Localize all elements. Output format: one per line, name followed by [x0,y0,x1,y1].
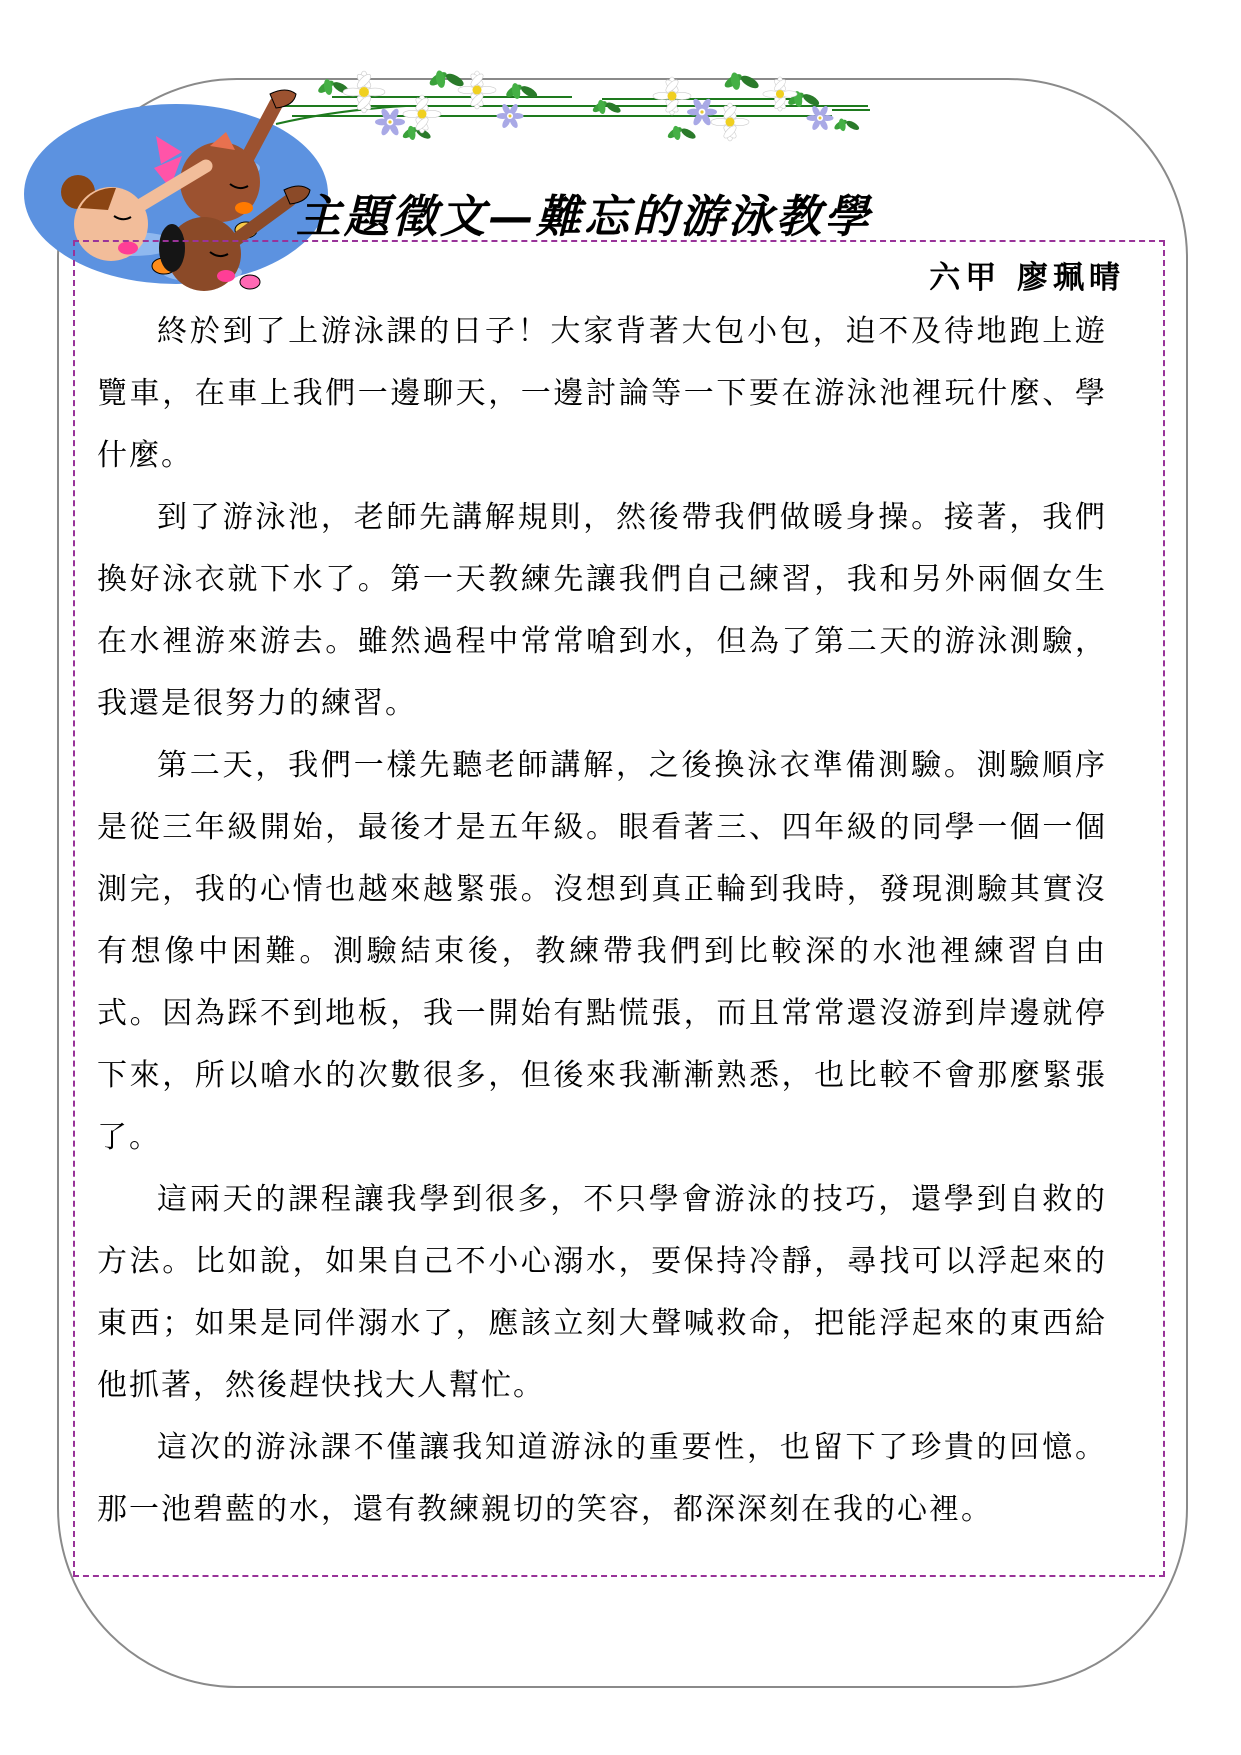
author-byline: 六甲 廖珮晴 [75,252,1125,297]
essay-box: 六甲 廖珮晴 終於到了上游泳課的日子！大家背著大包小包，迫不及待地跑上遊覽車，在… [73,240,1165,1577]
essay-body: 終於到了上游泳課的日子！大家背著大包小包，迫不及待地跑上遊覽車，在車上我們一邊聊… [97,301,1107,1541]
essay-paragraph-5: 這次的游泳課不僅讓我知道游泳的重要性，也留下了珍貴的回憶。那一池碧藍的水，還有教… [97,1417,1107,1541]
flower-garland-decoration [272,66,872,158]
essay-paragraph-2: 到了游泳池，老師先講解規則，然後帶我們做暖身操。接著，我們換好泳衣就下水了。第一… [97,487,1107,735]
essay-paragraph-3: 第二天，我們一樣先聽老師講解，之後換泳衣準備測驗。測驗順序是從三年級開始，最後才… [97,735,1107,1169]
page-title: 主題徵文—難忘的游泳教學 [296,180,872,245]
essay-paragraph-4: 這兩天的課程讓我學到很多，不只學會游泳的技巧，還學到自救的方法。比如說，如果自己… [97,1169,1107,1417]
essay-paragraph-1: 終於到了上游泳課的日子！大家背著大包小包，迫不及待地跑上遊覽車，在車上我們一邊聊… [97,301,1107,487]
document-page: 主題徵文—難忘的游泳教學 六甲 廖珮晴 終於到了上游泳課的日子！大家背著大包小包… [0,0,1241,1755]
